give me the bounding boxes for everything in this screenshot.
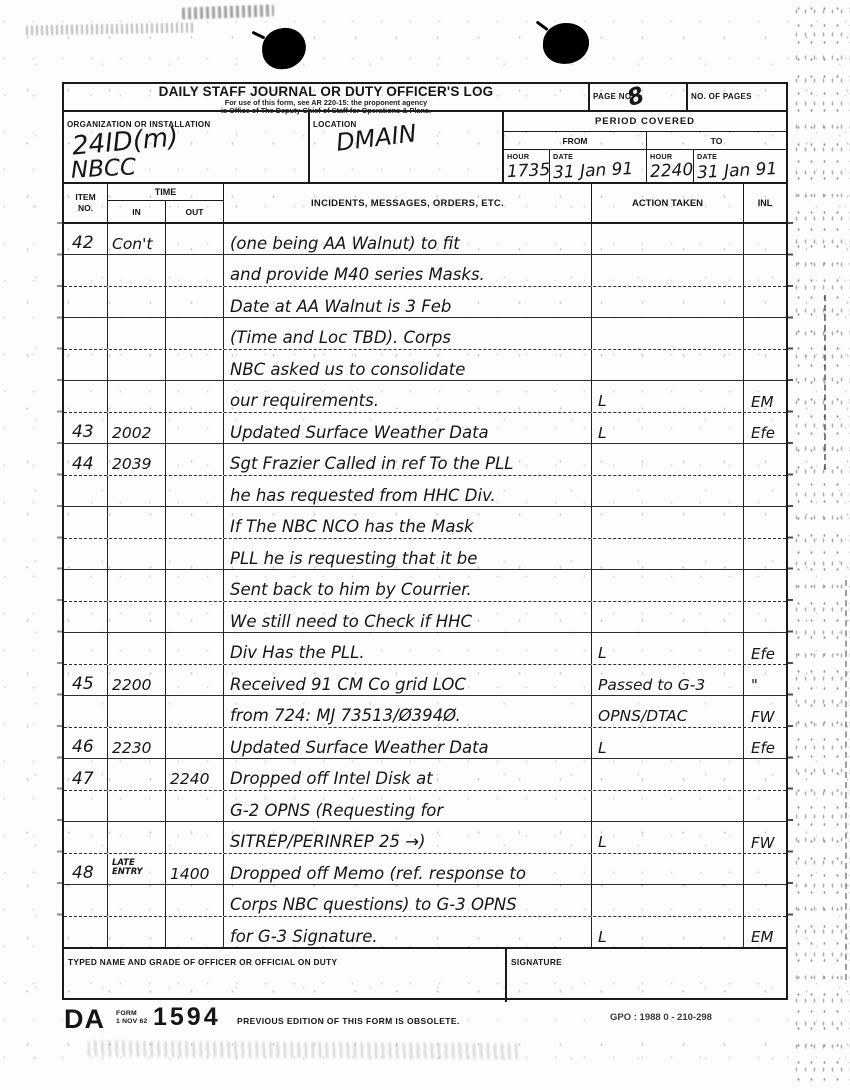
item-no-cell — [64, 287, 108, 317]
from-date-label: DATE — [553, 152, 573, 161]
item-no-header: ITEM NO. — [64, 184, 108, 222]
from-to-header: FROM TO — [504, 132, 786, 150]
item-no-cell — [64, 318, 108, 348]
table-row: We still need to Check if HHC — [64, 602, 786, 633]
time-out-cell — [166, 602, 224, 632]
action-cell — [592, 224, 744, 254]
action-cell — [592, 287, 744, 317]
item-header-line1: ITEM — [64, 192, 107, 203]
action-cell — [592, 854, 744, 884]
time-out-cell — [166, 444, 224, 474]
item-no-cell — [64, 791, 108, 821]
from-hour-cell: HOUR 1735 — [504, 150, 550, 182]
initials-cell: " — [744, 665, 786, 695]
page-no-value: 8 — [624, 82, 647, 112]
initials-cell: Efe — [744, 633, 786, 663]
incident-cell: Updated Surface Weather Data — [224, 728, 592, 758]
item-no-cell — [64, 822, 108, 852]
initials-cell — [744, 507, 786, 537]
time-out-header: OUT — [166, 201, 223, 222]
initials-cell — [744, 602, 786, 632]
incidents-header: INCIDENTS, MESSAGES, ORDERS, ETC. — [224, 184, 592, 222]
table-row: If The NBC NCO has the Mask — [64, 507, 786, 538]
da-mark: DA — [64, 1004, 105, 1035]
time-in-cell — [108, 917, 166, 947]
initials-cell: FW — [744, 822, 786, 852]
to-date-cell: DATE 31 Jan 91 — [694, 150, 786, 182]
scan-artifact-line — [824, 295, 826, 470]
column-header-row: ITEM NO. TIME IN OUT INCIDENTS, MESSAGES… — [64, 184, 786, 224]
time-out-cell — [166, 696, 224, 726]
action-cell — [592, 570, 744, 600]
item-no-cell: 44 — [64, 444, 108, 474]
action-cell — [592, 350, 744, 380]
incident-cell: We still need to Check if HHC — [224, 602, 592, 632]
time-in-cell — [108, 350, 166, 380]
time-in-cell — [108, 476, 166, 506]
from-date-value: 31 Jan 91 — [553, 159, 634, 183]
table-row: and provide M40 series Masks. — [64, 255, 786, 286]
table-row: 442039Sgt Frazier Called in ref To the P… — [64, 444, 786, 475]
time-in-cell — [108, 822, 166, 852]
time-out-cell — [166, 381, 224, 411]
to-hour-cell: HOUR 2240 — [647, 150, 694, 182]
from-label: FROM — [504, 132, 647, 149]
time-header-label: TIME — [108, 184, 223, 201]
item-header-line2: NO. — [64, 203, 107, 214]
incident-cell: for G-3 Signature. — [224, 917, 592, 947]
time-out-cell — [166, 665, 224, 695]
time-out-cell — [166, 318, 224, 348]
to-hour-label: HOUR — [650, 152, 672, 161]
initials-cell — [744, 350, 786, 380]
location-cell: LOCATION DMAIN — [310, 112, 504, 182]
action-cell — [592, 255, 744, 285]
item-no-cell — [64, 633, 108, 663]
action-cell — [592, 759, 744, 789]
scan-smudge-bottom — [88, 1040, 518, 1059]
action-cell — [592, 539, 744, 569]
scanned-log-page: DAILY STAFF JOURNAL OR DUTY OFFICER'S LO… — [0, 0, 850, 1090]
action-cell: L — [592, 413, 744, 443]
hour-date-row: HOUR 1735 DATE 31 Jan 91 HOUR 2240 DATE … — [504, 150, 786, 182]
action-cell: OPNS/DTAC — [592, 696, 744, 726]
initials-cell: Efe — [744, 728, 786, 758]
incident-cell: PLL he is requesting that it be — [224, 539, 592, 569]
initials-cell — [744, 791, 786, 821]
time-out-cell — [166, 633, 224, 663]
table-row: 462230Updated Surface Weather DataLEfe — [64, 728, 786, 759]
incident-cell: NBC asked us to consolidate — [224, 350, 592, 380]
from-hour-label: HOUR — [507, 152, 529, 161]
incident-cell: (one being AA Walnut) to fit — [224, 224, 592, 254]
item-no-cell: 48 — [64, 854, 108, 884]
punch-hole-left — [260, 26, 308, 71]
time-out-cell: 1400 — [166, 854, 224, 884]
scan-edge-noise — [792, 0, 850, 1090]
table-row: 472240Dropped off Intel Disk at — [64, 759, 786, 790]
no-of-pages-label: NO. OF PAGES — [691, 92, 752, 101]
time-in-cell — [108, 507, 166, 537]
time-out-cell: 2240 — [166, 759, 224, 789]
action-cell — [592, 318, 744, 348]
organization-cell: ORGANIZATION OR INSTALLATION 24ID(m) NBC… — [64, 112, 310, 182]
table-row: G-2 OPNS (Requesting for — [64, 791, 786, 822]
action-taken-header: ACTION TAKEN — [592, 184, 744, 222]
signature-cell: SIGNATURE — [507, 949, 786, 1002]
item-no-cell — [64, 602, 108, 632]
to-label: TO — [647, 132, 786, 149]
time-out-cell — [166, 917, 224, 947]
table-row: Date at AA Walnut is 3 Feb — [64, 287, 786, 318]
form-number: 1594 — [153, 1003, 221, 1032]
time-out-cell — [166, 350, 224, 380]
table-row: 432002Updated Surface Weather DataLEfe — [64, 413, 786, 444]
action-cell — [592, 507, 744, 537]
time-in-cell — [108, 696, 166, 726]
table-row: 48LATE ENTRY1400Dropped off Memo (ref. r… — [64, 854, 786, 885]
incident-cell: from 724: MJ 73513/Ø394Ø. — [224, 696, 592, 726]
incident-cell: Sgt Frazier Called in ref To the PLL — [224, 444, 592, 474]
scan-artifact-line — [845, 580, 847, 980]
time-out-cell — [166, 413, 224, 443]
initials-cell: EM — [744, 917, 786, 947]
time-in-cell: 2200 — [108, 665, 166, 695]
item-no-cell: 46 — [64, 728, 108, 758]
info-row: ORGANIZATION OR INSTALLATION 24ID(m) NBC… — [64, 112, 786, 184]
da-form-1594: DAILY STAFF JOURNAL OR DUTY OFFICER'S LO… — [62, 82, 788, 1000]
time-in-header: IN — [108, 201, 166, 222]
time-in-cell — [108, 759, 166, 789]
time-out-cell — [166, 791, 224, 821]
time-in-cell: Con't — [108, 224, 166, 254]
table-row: Corps NBC questions) to G-3 OPNS — [64, 885, 786, 916]
form-word: FORM — [116, 1010, 137, 1017]
initials-cell — [744, 885, 786, 915]
to-date-value: 31 Jan 91 — [697, 159, 778, 183]
incident-cell: Sent back to him by Courrier. — [224, 570, 592, 600]
table-row: Sent back to him by Courrier. — [64, 570, 786, 601]
time-in-cell — [108, 255, 166, 285]
incident-cell: and provide M40 series Masks. — [224, 255, 592, 285]
item-no-cell: 43 — [64, 413, 108, 443]
time-out-cell — [166, 507, 224, 537]
row-line-stubs-right — [788, 222, 793, 945]
to-date-label: DATE — [697, 152, 717, 161]
initials-cell — [744, 444, 786, 474]
incident-cell: If The NBC NCO has the Mask — [224, 507, 592, 537]
time-in-cell — [108, 318, 166, 348]
from-date-cell: DATE 31 Jan 91 — [550, 150, 647, 182]
time-out-cell — [166, 822, 224, 852]
no-of-pages-cell: NO. OF PAGES — [688, 84, 786, 110]
item-no-cell: 47 — [64, 759, 108, 789]
time-out-cell — [166, 476, 224, 506]
log-rows: 42Con't(one being AA Walnut) to fitand p… — [64, 224, 786, 947]
item-no-cell — [64, 885, 108, 915]
organization-value-line2: NBCC — [70, 154, 136, 183]
time-in-cell — [108, 633, 166, 663]
initials-cell — [744, 476, 786, 506]
initials-cell: EM — [744, 381, 786, 411]
time-in-cell — [108, 570, 166, 600]
table-row: PLL he is requesting that it be — [64, 539, 786, 570]
time-in-out-header: IN OUT — [108, 201, 223, 222]
initials-cell — [744, 318, 786, 348]
action-cell: L — [592, 728, 744, 758]
title-row: DAILY STAFF JOURNAL OR DUTY OFFICER'S LO… — [64, 84, 786, 112]
table-row: 42Con't(one being AA Walnut) to fit — [64, 224, 786, 255]
title-cell: DAILY STAFF JOURNAL OR DUTY OFFICER'S LO… — [64, 84, 590, 110]
initials-cell: Efe — [744, 413, 786, 443]
table-row: for G-3 Signature.LEM — [64, 917, 786, 947]
time-out-cell — [166, 287, 224, 317]
action-cell — [592, 602, 744, 632]
action-cell — [592, 444, 744, 474]
form-edition: FORM 1 NOV 62 — [116, 1010, 147, 1026]
time-out-cell — [166, 728, 224, 758]
item-no-cell: 42 — [64, 224, 108, 254]
action-cell — [592, 885, 744, 915]
action-cell: L — [592, 917, 744, 947]
gpo-print-code: GPO : 1988 0 - 210-298 — [610, 1012, 712, 1023]
time-out-cell — [166, 255, 224, 285]
signature-row: TYPED NAME AND GRADE OF OFFICER OR OFFIC… — [64, 947, 786, 1002]
incident-cell: Corps NBC questions) to G-3 OPNS — [224, 885, 592, 915]
action-cell — [592, 476, 744, 506]
time-in-cell — [108, 602, 166, 632]
item-no-cell — [64, 255, 108, 285]
from-hour-value: 1735 — [507, 160, 551, 182]
time-in-cell: 2039 — [108, 444, 166, 474]
incident-cell: Updated Surface Weather Data — [224, 413, 592, 443]
incident-cell: G-2 OPNS (Requesting for — [224, 791, 592, 821]
initials-cell — [744, 759, 786, 789]
table-row: from 724: MJ 73513/Ø394Ø.OPNS/DTACFW — [64, 696, 786, 727]
page-no-cell: PAGE NO. 8 — [590, 84, 688, 110]
table-row: (Time and Loc TBD). Corps — [64, 318, 786, 349]
scan-smudge-top — [182, 4, 274, 19]
incident-cell: our requirements. — [224, 381, 592, 411]
typed-name-label: TYPED NAME AND GRADE OF OFFICER OR OFFIC… — [68, 957, 337, 967]
time-out-cell — [166, 570, 224, 600]
form-title: DAILY STAFF JOURNAL OR DUTY OFFICER'S LO… — [64, 85, 588, 99]
table-row: SITREP/PERINREP 25 →)LFW — [64, 822, 786, 853]
action-cell — [592, 791, 744, 821]
form-edition-date: 1 NOV 62 — [116, 1018, 147, 1025]
time-out-cell — [166, 885, 224, 915]
initials-cell — [744, 287, 786, 317]
form-footer: DA FORM 1 NOV 62 1594 PREVIOUS EDITION O… — [0, 1002, 850, 1042]
incident-cell: he has requested from HHC Div. — [224, 476, 592, 506]
item-no-cell — [64, 696, 108, 726]
item-no-cell — [64, 350, 108, 380]
initials-cell — [744, 570, 786, 600]
incident-cell: Dropped off Intel Disk at — [224, 759, 592, 789]
incident-cell: Dropped off Memo (ref. response to — [224, 854, 592, 884]
time-in-cell — [108, 885, 166, 915]
table-row: Div Has the PLL.LEfe — [64, 633, 786, 664]
typed-name-cell: TYPED NAME AND GRADE OF OFFICER OR OFFIC… — [64, 949, 507, 1002]
item-no-cell — [64, 917, 108, 947]
initials-cell — [744, 854, 786, 884]
incident-cell: SITREP/PERINREP 25 →) — [224, 822, 592, 852]
incident-cell: (Time and Loc TBD). Corps — [224, 318, 592, 348]
incident-cell: Div Has the PLL. — [224, 633, 592, 663]
punch-hole-right — [542, 21, 591, 65]
time-out-cell — [166, 224, 224, 254]
initials-cell — [744, 255, 786, 285]
previous-edition-note: PREVIOUS EDITION OF THIS FORM IS OBSOLET… — [237, 1016, 460, 1026]
initials-cell — [744, 539, 786, 569]
time-in-cell — [108, 791, 166, 821]
time-in-cell: LATE ENTRY — [108, 854, 166, 884]
signature-label: SIGNATURE — [511, 957, 562, 967]
to-hour-value: 2240 — [650, 160, 694, 182]
time-in-cell — [108, 287, 166, 317]
scan-smudge-top-left — [26, 23, 196, 36]
initials-header: INL — [744, 184, 786, 222]
time-in-cell: 2002 — [108, 413, 166, 443]
table-row: he has requested from HHC Div. — [64, 476, 786, 507]
action-cell: L — [592, 381, 744, 411]
item-no-cell: 45 — [64, 665, 108, 695]
item-no-cell — [64, 570, 108, 600]
item-no-cell — [64, 507, 108, 537]
time-header: TIME IN OUT — [108, 184, 224, 222]
period-covered-label: PERIOD COVERED — [504, 112, 786, 132]
time-in-cell: 2230 — [108, 728, 166, 758]
action-cell: L — [592, 633, 744, 663]
table-row: our requirements.LEM — [64, 381, 786, 412]
time-out-cell — [166, 539, 224, 569]
period-covered-cell: PERIOD COVERED FROM TO HOUR 1735 DATE 31… — [504, 112, 786, 182]
incident-cell: Date at AA Walnut is 3 Feb — [224, 287, 592, 317]
initials-cell — [744, 224, 786, 254]
initials-cell: FW — [744, 696, 786, 726]
item-no-cell — [64, 476, 108, 506]
item-no-cell — [64, 539, 108, 569]
time-in-cell — [108, 539, 166, 569]
incident-cell: Received 91 CM Co grid LOC — [224, 665, 592, 695]
table-row: 452200Received 91 CM Co grid LOCPassed t… — [64, 665, 786, 696]
time-in-cell — [108, 381, 166, 411]
action-cell: Passed to G-3 — [592, 665, 744, 695]
table-row: NBC asked us to consolidate — [64, 350, 786, 381]
action-cell: L — [592, 822, 744, 852]
item-no-cell — [64, 381, 108, 411]
